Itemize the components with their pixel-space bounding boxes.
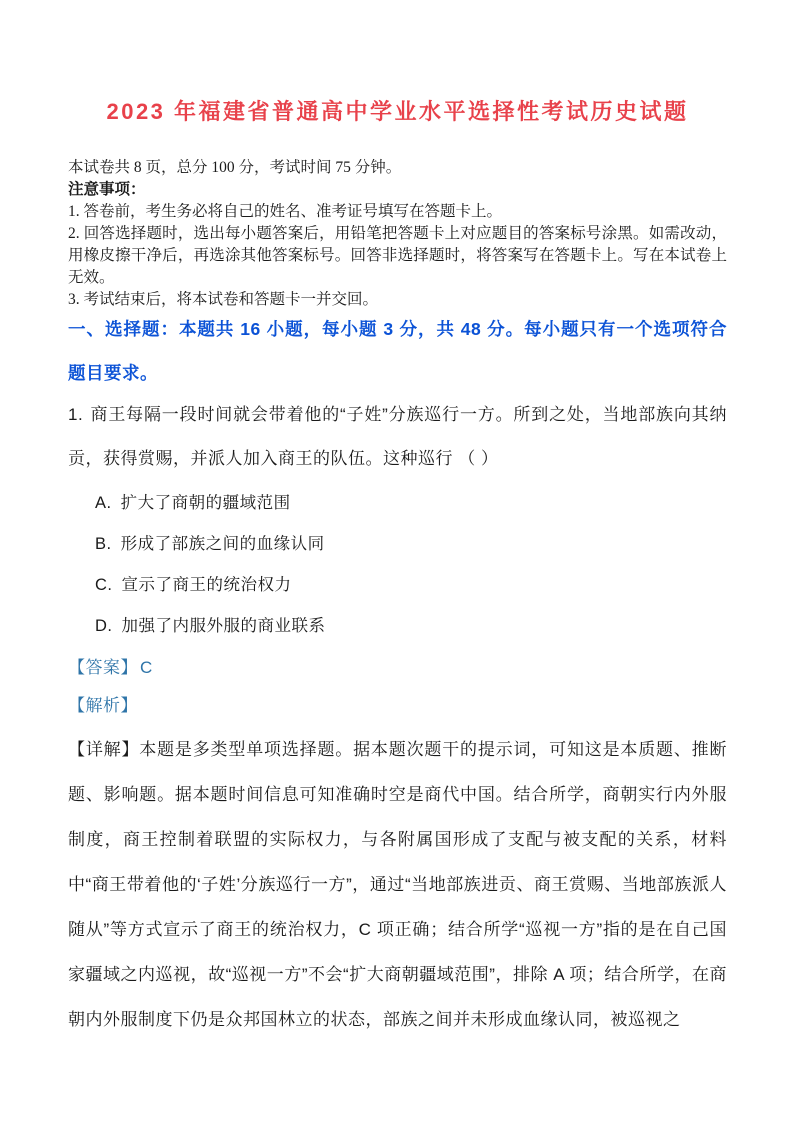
notice-item-2: 2. 回答选择题时，选出每小题答案后，用铅笔把答题卡上对应题目的答案标号涂黑。如…: [68, 223, 727, 289]
option-text-b: 形成了部族之间的血缘认同: [121, 535, 325, 553]
question-stem-text: 商王每隔一段时间就会带着他的“子姓”分族巡行一方。所到之处，当地部族向其纳贡，获…: [68, 405, 727, 468]
option-label-c: C.: [95, 576, 113, 594]
options-list: A.扩大了商朝的疆域范围 B.形成了部族之间的血缘认同 C.宣示了商王的统治权力…: [68, 483, 727, 647]
explanation-paragraph: 【详解】本题是多类型单项选择题。据本题次题干的提示词，可知这是本质题、推断题、影…: [68, 727, 727, 1042]
option-label-b: B.: [95, 535, 112, 553]
option-label-a: A.: [95, 494, 112, 512]
option-text-a: 扩大了商朝的疆域范围: [121, 494, 291, 512]
question-1: 1.商王每隔一段时间就会带着他的“子姓”分族巡行一方。所到之处，当地部族向其纳贡…: [68, 393, 727, 481]
analysis-label: 【解析】: [68, 696, 138, 715]
option-row-b: B.形成了部族之间的血缘认同: [68, 524, 727, 565]
answer-line: 【答案】C: [68, 649, 727, 687]
document-title: 2023 年福建省普通高中学业水平选择性考试历史试题: [68, 98, 727, 125]
exam-document-page: 2023 年福建省普通高中学业水平选择性考试历史试题 本试卷共 8 页，总分 1…: [0, 0, 793, 1122]
option-row-a: A.扩大了商朝的疆域范围: [68, 483, 727, 524]
answer-value: C: [140, 658, 153, 677]
question-number: 1.: [68, 405, 83, 424]
section-heading: 一、选择题：本题共 16 小题，每小题 3 分，共 48 分。每小题只有一个选项…: [68, 307, 727, 395]
notice-heading: 注意事项：: [68, 179, 727, 201]
option-label-d: D.: [95, 617, 113, 635]
option-text-d: 加强了内服外服的商业联系: [122, 617, 326, 635]
answer-label: 【答案】: [68, 658, 138, 677]
exam-info: 本试卷共 8 页，总分 100 分，考试时间 75 分钟。: [68, 157, 727, 179]
option-text-c: 宣示了商王的统治权力: [122, 576, 292, 594]
option-row-d: D.加强了内服外服的商业联系: [68, 606, 727, 647]
explanation-text: 本题是多类型单项选择题。据本题次题干的提示词，可知这是本质题、推断题、影响题。据…: [68, 740, 727, 1029]
option-row-c: C.宣示了商王的统治权力: [68, 565, 727, 606]
explanation-label: 【详解】: [68, 740, 139, 759]
analysis-line: 【解析】: [68, 687, 727, 725]
notice-item-1: 1. 答卷前，考生务必将自己的姓名、准考证号填写在答题卡上。: [68, 201, 727, 223]
